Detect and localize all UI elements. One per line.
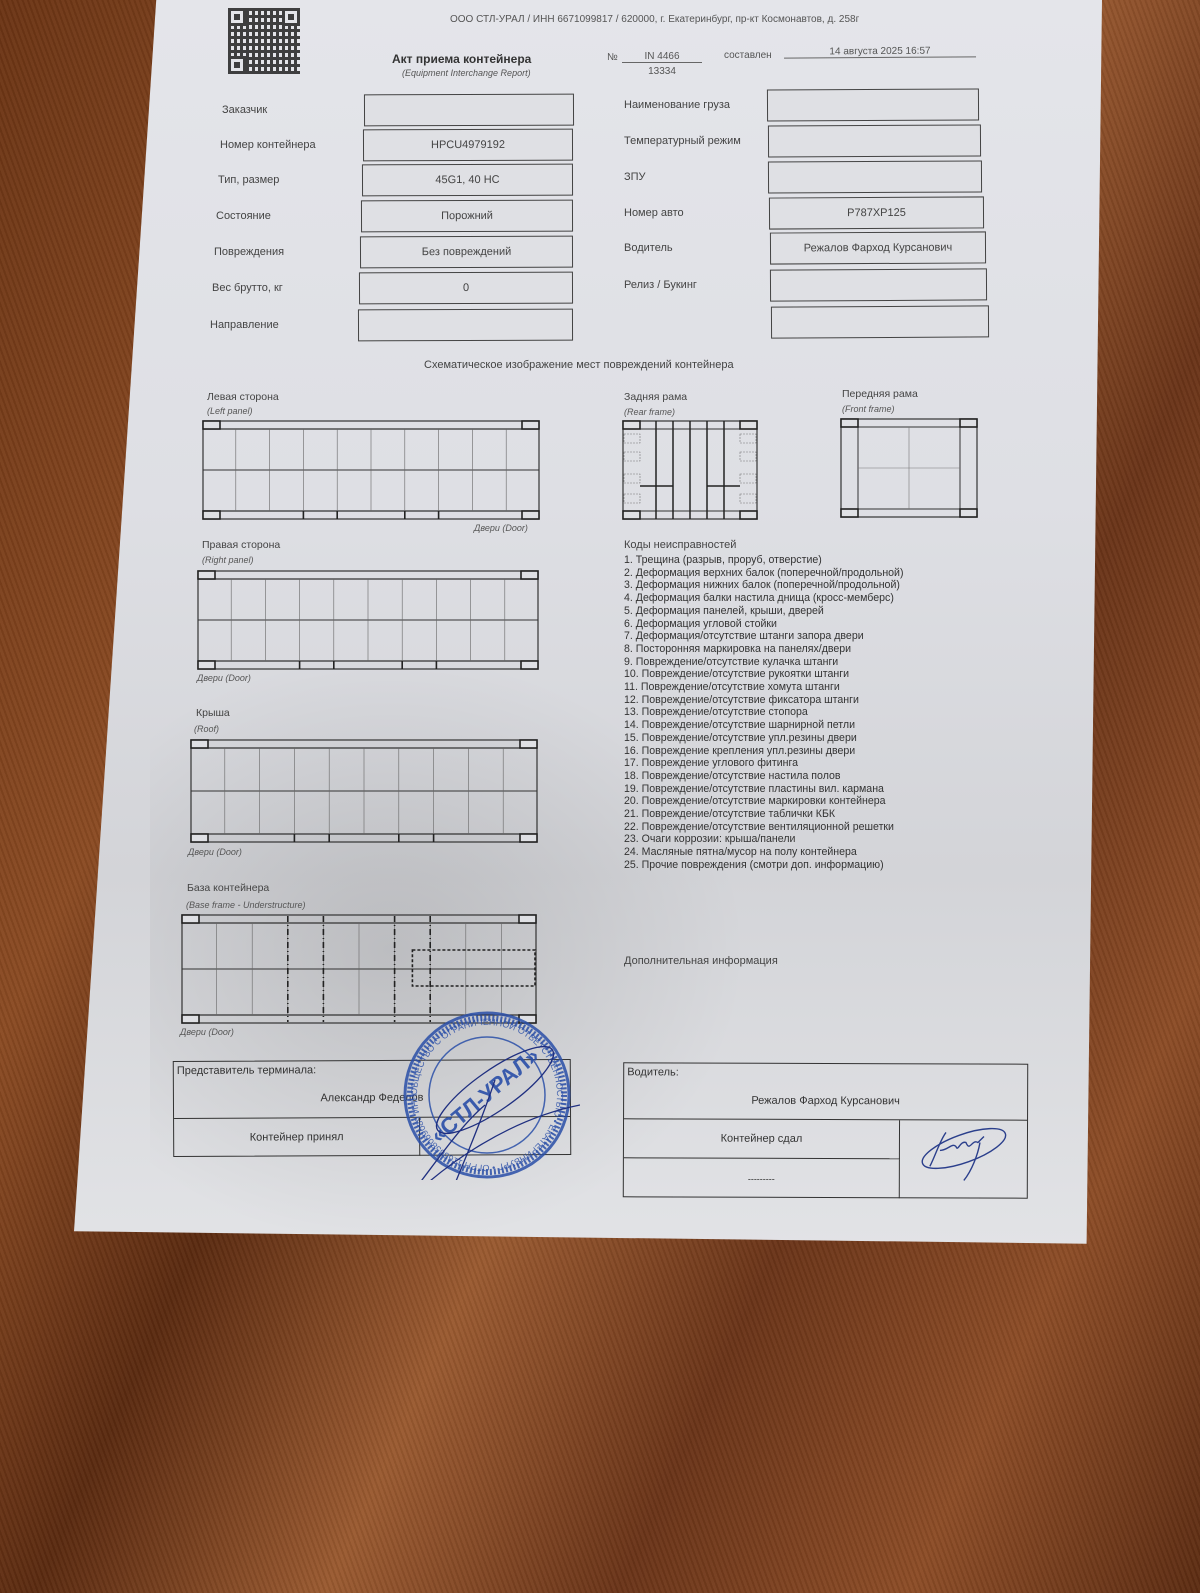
right_fields-field-3[interactable]: Р787ХР125 (769, 196, 984, 229)
driver-handover-label: Контейнер сдал (721, 1133, 803, 1145)
fault-code-item: 7. Деформация/отсутствие штанги запора д… (624, 630, 904, 643)
right_fields-field-0[interactable] (767, 88, 979, 121)
driver-name: Режалов Фарход Курсанович (624, 1094, 1027, 1107)
driver-label: Водитель: (627, 1066, 679, 1078)
rear-frame-label: Задняя рама (624, 391, 687, 403)
terminal-rep-row: Представитель терминала: Александр Федел… (174, 1060, 570, 1119)
left_fields-field-1[interactable]: HPCU4979192 (363, 129, 573, 162)
document-title: Акт приема контейнера (392, 52, 531, 66)
left_fields-field-3[interactable]: Порожний (361, 200, 573, 233)
schematic-title: Схематическое изображение мест поврежден… (424, 359, 734, 371)
terminal-signature-field[interactable] (420, 1117, 570, 1156)
number-secondary: 13334 (622, 66, 702, 77)
left-panel-label: Левая сторона (207, 391, 279, 403)
left_fields-label-0: Заказчик (222, 104, 267, 116)
fault-code-item: 10. Повреждение/отсутствие рукоятки штан… (624, 668, 904, 681)
right_fields-field-4[interactable]: Режалов Фарход Курсанович (770, 231, 986, 264)
roof-diagram[interactable] (190, 739, 538, 843)
base-label: База контейнера (187, 882, 269, 894)
fault-code-item: 2. Деформация верхних балок (поперечной/… (624, 567, 904, 580)
fault-code-item: 1. Трещина (разрыв, проруб, отверстие) (624, 554, 904, 567)
left_fields-field-2[interactable]: 45G1, 40 HC (362, 164, 573, 197)
left_fields-label-4: Повреждения (214, 246, 284, 258)
driver-sign-table: Водитель: Режалов Фарход Курсанович Конт… (623, 1062, 1028, 1198)
right_fields-label-1: Температурный режим (624, 135, 741, 147)
fault-code-item: 12. Повреждение/отсутствие фиксатора шта… (624, 694, 904, 707)
right_fields-label-3: Номер авто (624, 207, 684, 219)
front-frame-sub: (Front frame) (842, 404, 895, 414)
right-panel-sub: (Right panel) (202, 555, 254, 565)
driver-placeholder-cell: --------- (624, 1158, 900, 1198)
right_fields-field-6[interactable] (771, 305, 989, 338)
left_fields-field-6[interactable] (358, 309, 573, 342)
terminal-rep-table: Представитель терминала: Александр Федел… (173, 1059, 571, 1157)
fault-code-item: 3. Деформация нижних балок (поперечной/п… (624, 579, 904, 592)
additional-info-label: Дополнительная информация (624, 955, 778, 967)
fault-code-item: 23. Очаги коррозии: крыша/панели (624, 833, 904, 846)
roof-door: Двери (Door) (188, 847, 242, 857)
right_fields-field-5[interactable] (770, 268, 987, 301)
right_fields-field-1[interactable] (768, 124, 981, 157)
left_fields-label-3: Состояние (216, 210, 271, 222)
terminal-rep-name: Александр Феделов (174, 1091, 570, 1105)
fault-code-item: 21. Повреждение/отсутствие таблички КБК (624, 808, 904, 821)
qr-code-icon (228, 8, 300, 74)
fault-code-item: 5. Деформация панелей, крыши, дверей (624, 605, 904, 618)
fault-code-item: 4. Деформация балки настила днища (кросс… (624, 592, 904, 605)
front-frame-diagram[interactable] (840, 418, 978, 518)
terminal-accept-label: Контейнер принял (250, 1131, 344, 1143)
left_fields-label-6: Направление (210, 319, 279, 331)
roof-sub: (Roof) (194, 724, 219, 734)
fault-code-item: 9. Повреждение/отсутствие кулачка штанги (624, 656, 904, 669)
fault-codes-title: Коды неисправностей (624, 539, 736, 551)
fault-code-item: 18. Повреждение/отсутствие настила полов (624, 770, 904, 783)
right_fields-field-2[interactable] (768, 160, 982, 193)
left_fields-field-0[interactable] (364, 94, 574, 127)
right-panel-label: Правая сторона (202, 539, 280, 551)
base-door: Двери (Door) (180, 1027, 234, 1037)
number-label: № (607, 52, 618, 63)
left_fields-label-5: Вес брутто, кг (212, 282, 283, 294)
right-panel-door: Двери (Door) (197, 673, 251, 683)
left_fields-field-4[interactable]: Без повреждений (360, 236, 573, 269)
roof-label: Крыша (196, 707, 230, 719)
fault-code-item: 13. Повреждение/отсутствие стопора (624, 706, 904, 719)
driver-placeholder: --------- (748, 1173, 775, 1183)
left-panel-sub: (Left panel) (207, 406, 253, 416)
fault-code-item: 11. Повреждение/отсутствие хомута штанги (624, 681, 904, 694)
company-line: ООО СТЛ-УРАЛ / ИНН 6671099817 / 620000, … (450, 14, 859, 25)
fault-code-item: 14. Повреждение/отсутствие шарнирной пет… (624, 719, 904, 732)
terminal-rep-label: Представитель терминала: (177, 1064, 316, 1077)
left-panel-diagram[interactable] (202, 420, 540, 520)
compiled-label: составлен (724, 50, 772, 61)
fault-code-item: 15. Повреждение/отсутствие упл.резины дв… (624, 732, 904, 745)
right_fields-label-5: Релиз / Букинг (624, 279, 697, 291)
fault-code-item: 19. Повреждение/отсутствие пластины вил.… (624, 783, 904, 796)
base-frame-diagram[interactable] (181, 914, 537, 1024)
terminal-accept-cell: Контейнер принял (174, 1118, 420, 1157)
rear-frame-diagram[interactable] (622, 420, 758, 520)
left-panel-door: Двери (Door) (474, 523, 528, 533)
left_fields-field-5[interactable]: 0 (359, 272, 573, 305)
fault-code-item: 6. Деформация угловой стойки (624, 618, 904, 631)
driver-signature-icon (900, 1120, 1028, 1198)
rear-frame-sub: (Rear frame) (624, 407, 675, 417)
left_fields-label-1: Номер контейнера (220, 139, 316, 151)
right_fields-label-0: Наименование груза (624, 99, 730, 111)
right_fields-label-4: Водитель (624, 242, 673, 254)
fault-code-item: 20. Повреждение/отсутствие маркировки ко… (624, 795, 904, 808)
driver-row: Водитель: Режалов Фарход Курсанович (624, 1063, 1027, 1120)
right-panel-diagram[interactable] (197, 570, 539, 670)
fault-codes-list: 1. Трещина (разрыв, проруб, отверстие)2.… (624, 554, 904, 872)
fault-code-item: 17. Повреждение углового фитинга (624, 757, 904, 770)
document-subtitle: (Equipment Interchange Report) (402, 68, 531, 78)
number-value: IN 4466 (622, 51, 702, 63)
compiled-date: 14 августа 2025 16:57 (784, 45, 976, 58)
base-sub: (Base frame - Understructure) (186, 900, 306, 910)
right_fields-label-2: ЗПУ (624, 171, 646, 183)
front-frame-label: Передняя рама (842, 388, 918, 400)
fault-code-item: 16. Повреждение крепления упл.резины две… (624, 745, 904, 758)
left_fields-label-2: Тип, размер (218, 174, 279, 186)
driver-signature-field[interactable] (900, 1120, 1027, 1198)
fault-code-item: 22. Повреждение/отсутствие вентиляционно… (624, 821, 904, 834)
fault-code-item: 24. Масляные пятна/мусор на полу контейн… (624, 846, 904, 859)
fault-code-item: 8. Посторонняя маркировка на панелях/две… (624, 643, 904, 656)
fault-code-item: 25. Прочие повреждения (смотри доп. инфо… (624, 859, 904, 872)
driver-handover-cell: Контейнер сдал (624, 1119, 900, 1159)
